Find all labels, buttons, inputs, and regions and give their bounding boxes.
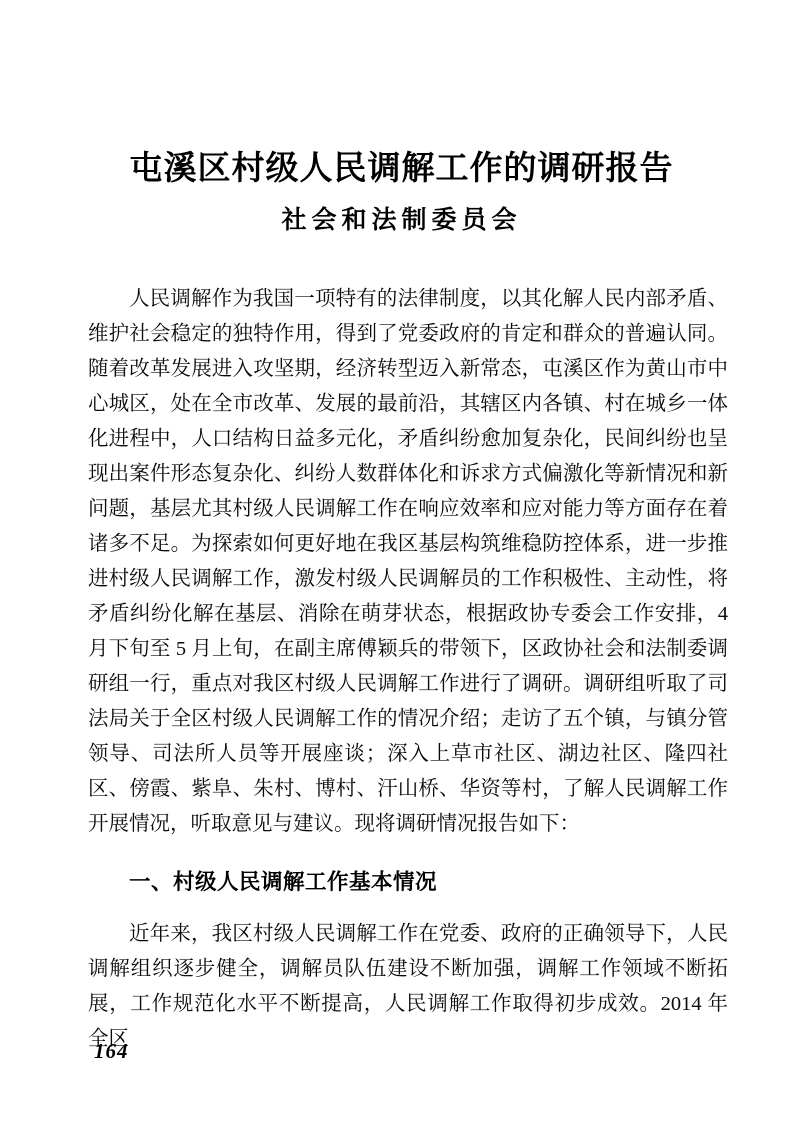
report-title: 屯溪区村级人民调解工作的调研报告 [0, 142, 803, 189]
report-byline: 社会和法制委员会 [0, 200, 803, 236]
body-paragraph: 近年来，我区村级人民调解工作在党委、政府的正确领导下，人民调解组织逐步健全，调解… [88, 917, 728, 1057]
page-number: 164 [94, 1039, 129, 1064]
section-heading: 一、村级人民调解工作基本情况 [88, 865, 728, 896]
intro-paragraph: 人民调解作为我国一项特有的法律制度，以其化解人民内部矛盾、维护社会稳定的独特作用… [88, 282, 728, 842]
document-page: 屯溪区村级人民调解工作的调研报告 社会和法制委员会 人民调解作为我国一项特有的法… [0, 0, 803, 1133]
